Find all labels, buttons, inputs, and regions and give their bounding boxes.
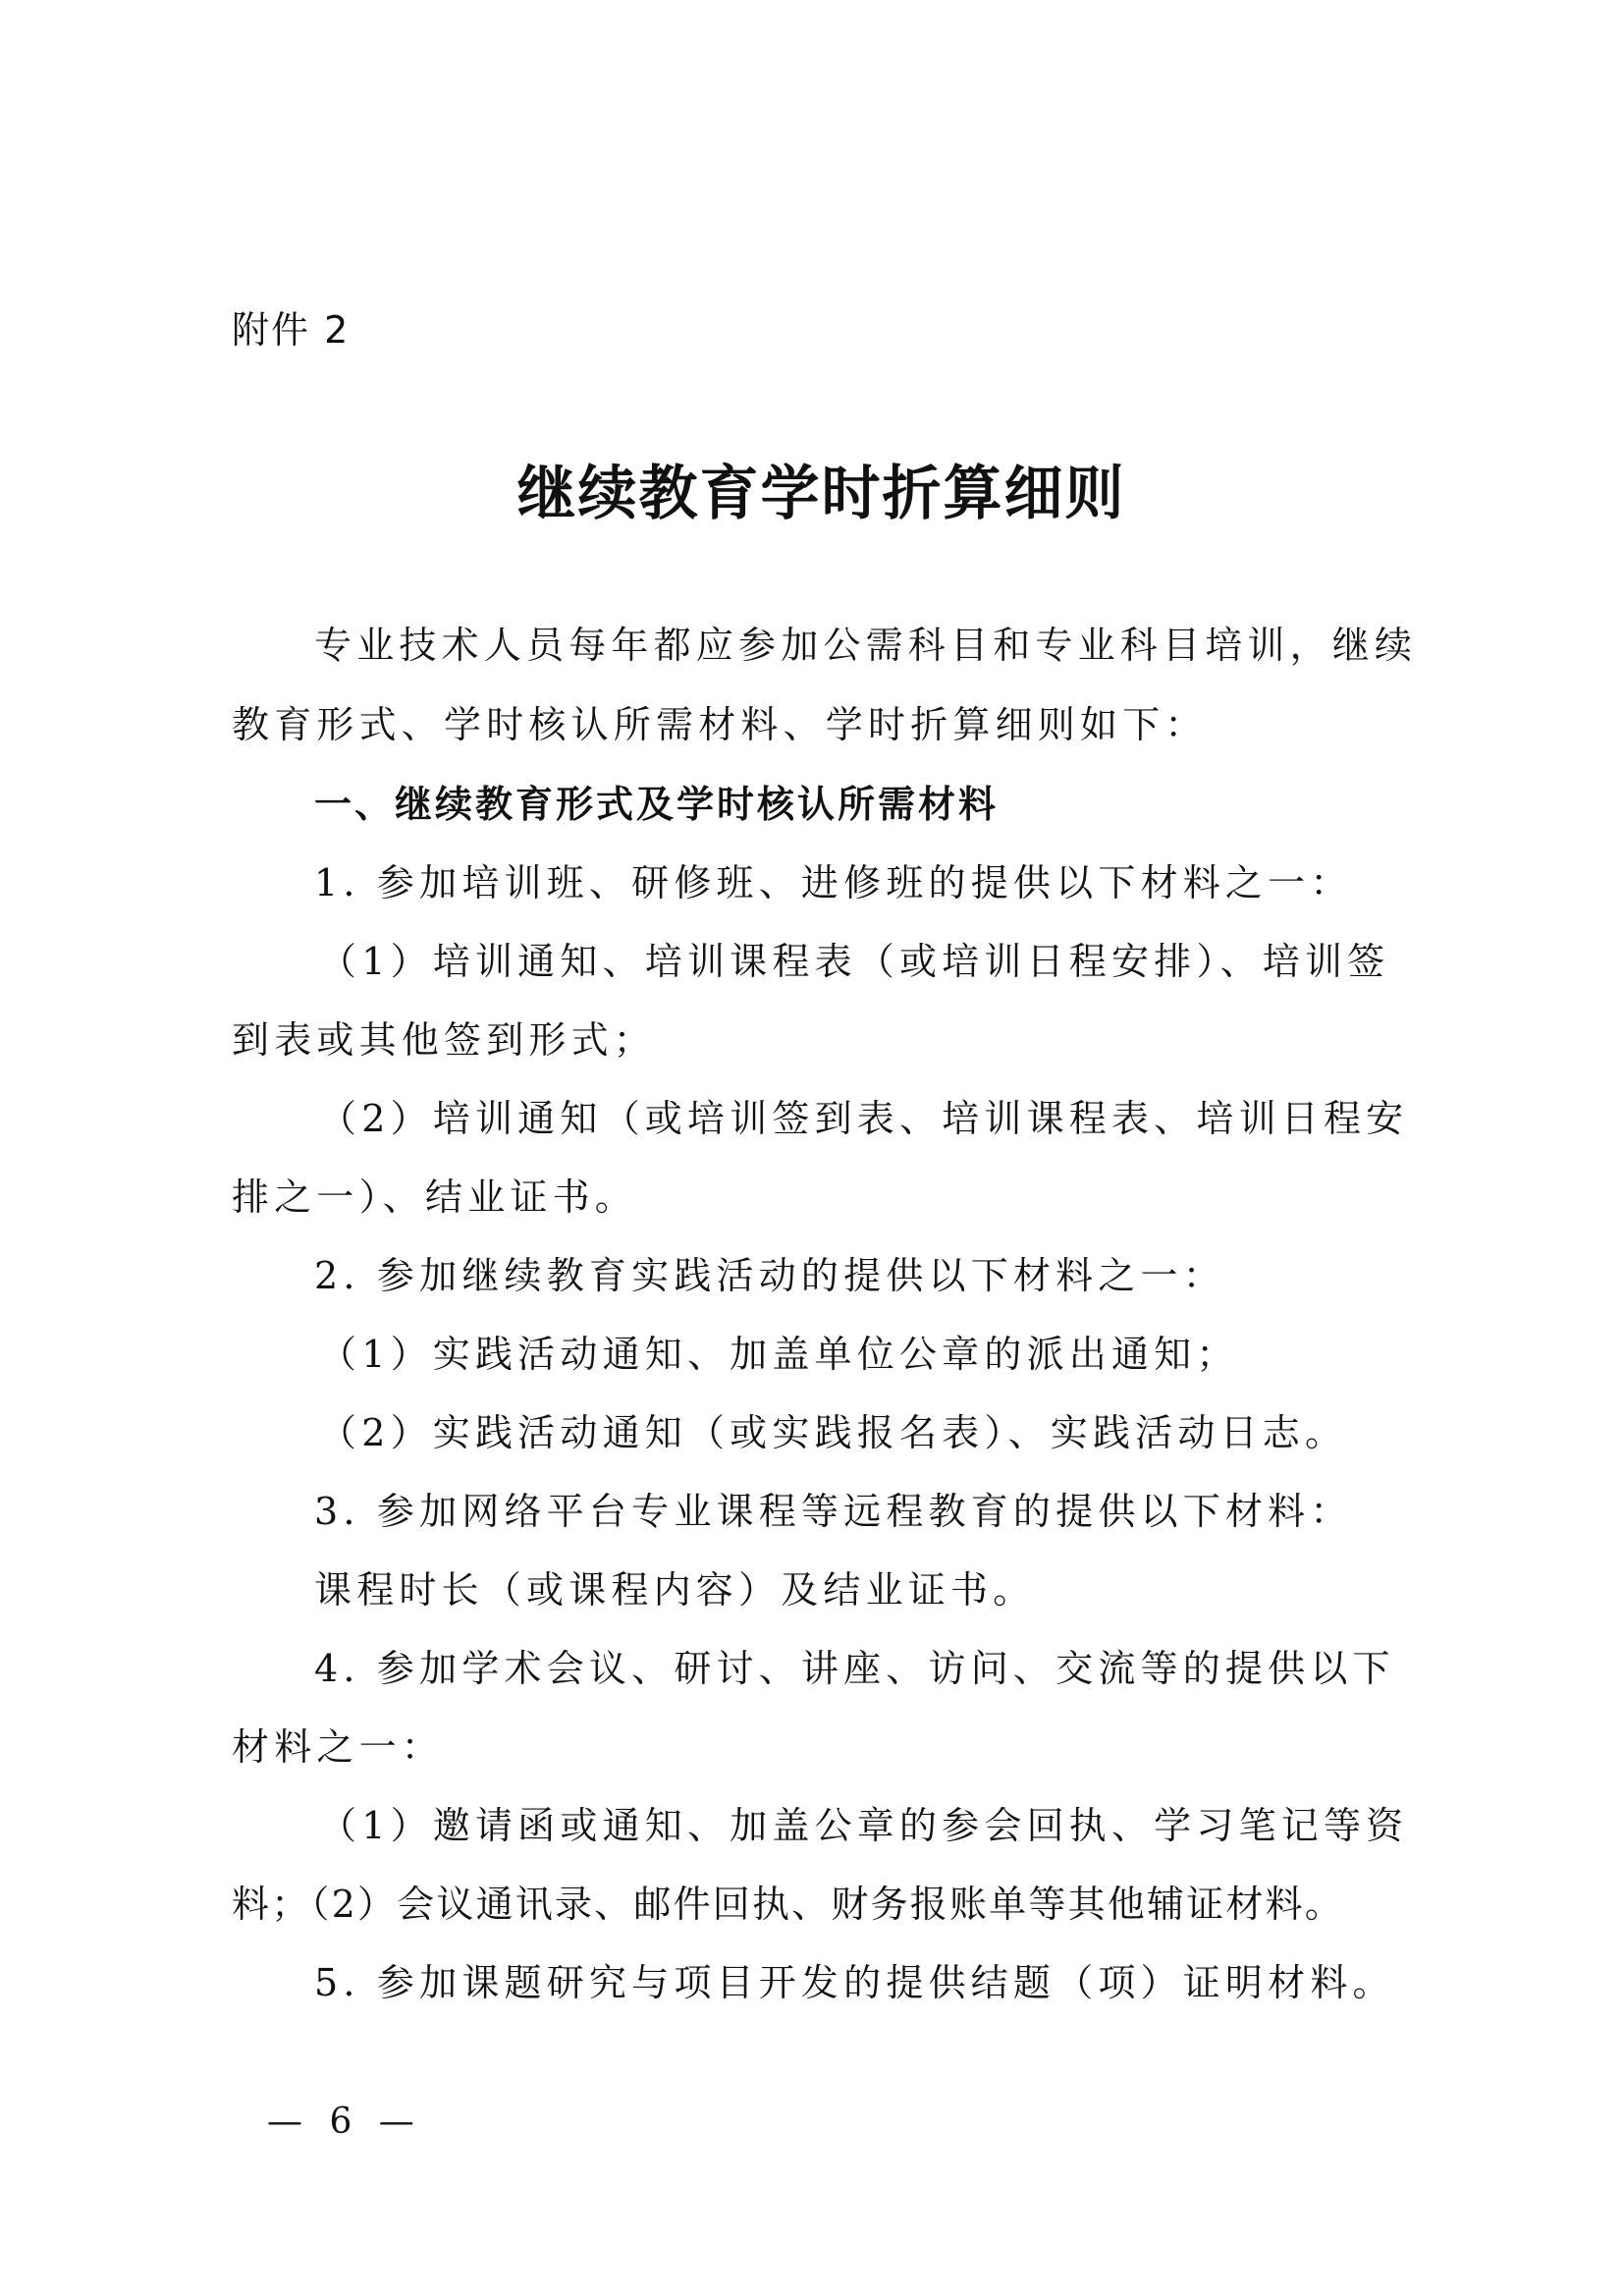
item-1-sub-2-line-2: 排之一）、结业证书。 [232, 1174, 637, 1221]
attachment-label: 附件 2 [232, 300, 350, 354]
item-4-title-line-2: 材料之一： [232, 1723, 444, 1771]
section-heading: 一、继续教育形式及学时核认所需材料 [314, 781, 999, 828]
item-2-sub-2: （2）实践活动通知（或实践报名表）、实践活动日志。 [319, 1409, 1347, 1456]
intro-line-1: 专业技术人员每年都应参加公需科目和专业科目培训，继续 [314, 622, 1417, 669]
document-title: 继续教育学时折算细则 [0, 447, 1623, 531]
item-4-sub-1-line-2: 料；（2）会议通讯录、邮件回执、财务报账单等其他辅证材料。 [232, 1881, 1344, 1928]
item-3-title: 3. 参加网络平台专业课程等远程教育的提供以下材料： [314, 1488, 1353, 1535]
item-2-title: 2. 参加继续教育实践活动的提供以下材料之一： [314, 1252, 1225, 1299]
intro-line-2: 教育形式、学时核认所需材料、学时折算细则如下： [232, 701, 1208, 748]
page-number: — 6 — [267, 2102, 422, 2142]
document-page: 附件 2 继续教育学时折算细则 专业技术人员每年都应参加公需科目和专业科目培训，… [0, 0, 1623, 2296]
item-5-title: 5. 参加课题研究与项目开发的提供结题（项）证明材料。 [314, 1959, 1395, 2006]
item-1-sub-1-line-2: 到表或其他签到形式； [232, 1016, 656, 1064]
item-1-sub-2-line-1: （2）培训通知（或培训签到表、培训课程表、培训日程安 [319, 1095, 1408, 1142]
item-1-title: 1. 参加培训班、研修班、进修班的提供以下材料之一： [314, 859, 1353, 906]
item-4-title-line-1: 4. 参加学术会议、研讨、讲座、访问、交流等的提供以下 [314, 1645, 1395, 1692]
item-4-sub-1-line-1: （1）邀请函或通知、加盖公章的参会回执、学习笔记等资 [319, 1802, 1408, 1849]
item-3-detail: 课程时长（或课程内容）及结业证书。 [314, 1566, 1035, 1613]
item-2-sub-1: （1）实践活动通知、加盖单位公章的派出通知； [319, 1331, 1239, 1378]
item-1-sub-1-line-1: （1）培训通知、培训课程表（或培训日程安排）、培训签 [319, 938, 1389, 985]
